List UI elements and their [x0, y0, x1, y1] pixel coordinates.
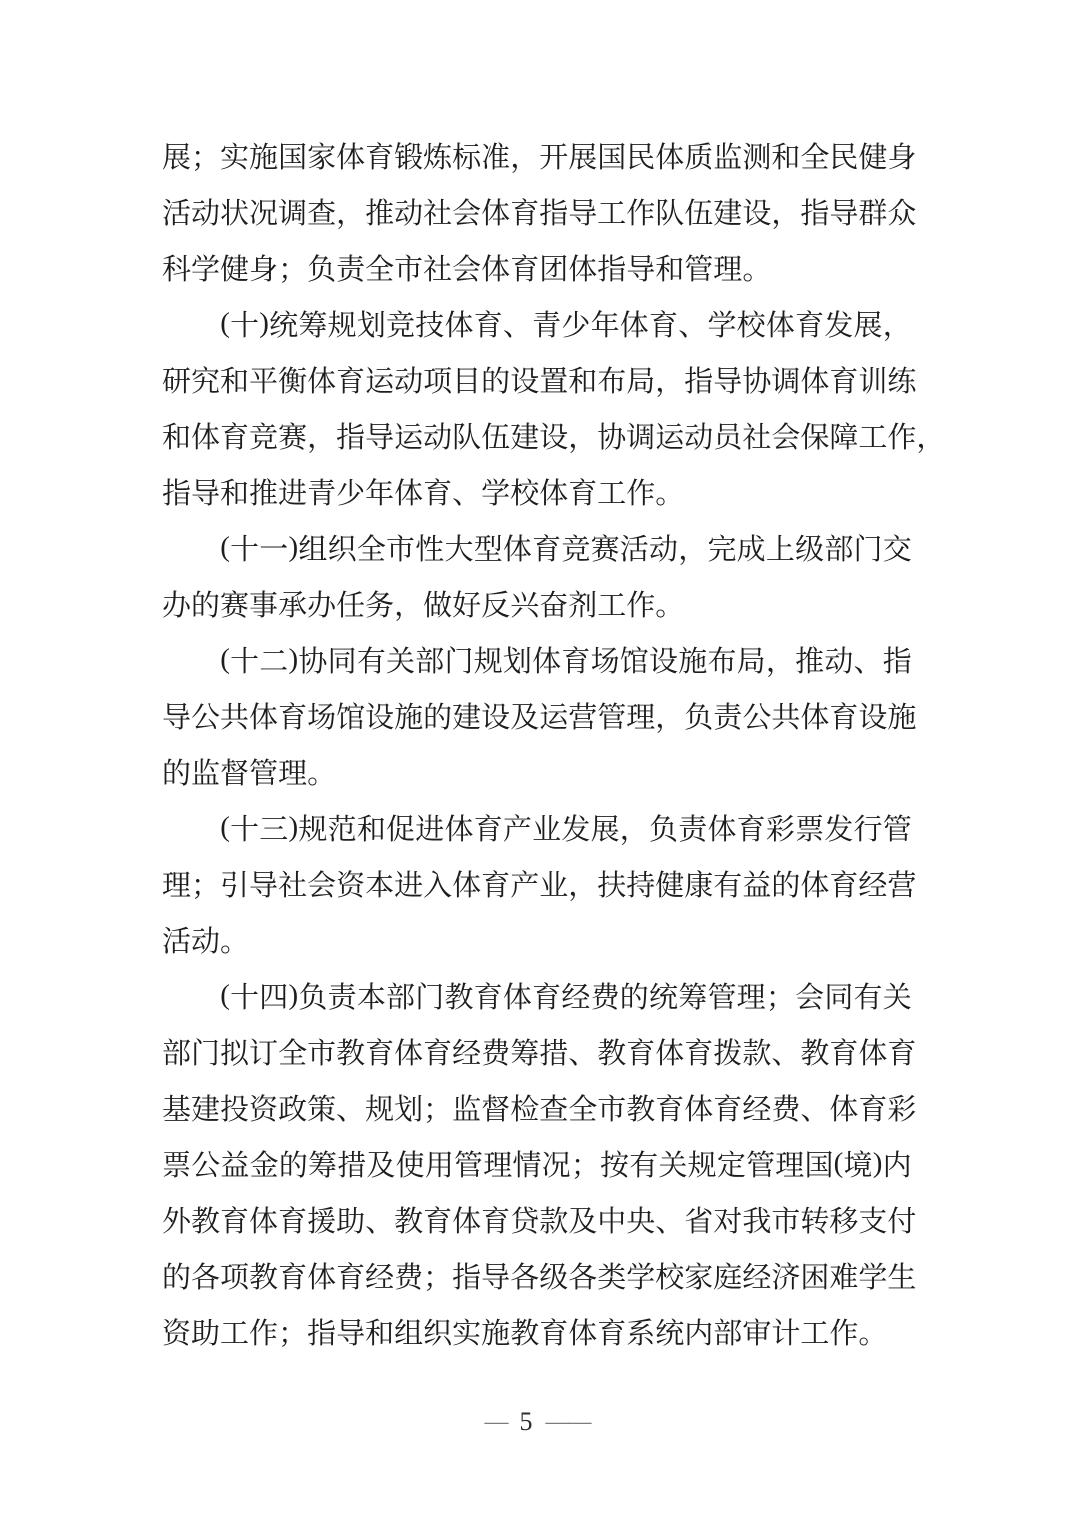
text-line: (十二)协同有关部门规划体育场馆设施布局，推动、指: [162, 631, 912, 687]
text-line: 和体育竞赛，指导运动队伍建设，协调运动员社会保障工作，: [162, 407, 912, 463]
text-line: 部门拟订全市教育体育经费筹措、教育体育拨款、教育体育: [162, 1023, 912, 1079]
footer-left-dash: —: [485, 1405, 507, 1439]
text-line: 展；实施国家体育锻炼标准，开展国民体质监测和全民健身: [162, 127, 912, 183]
text-line: 的各项教育体育经费；指导各级各类学校家庭经济困难学生: [162, 1247, 912, 1303]
paragraph: (十二)协同有关部门规划体育场馆设施布局，推动、指导公共体育场馆设施的建设及运营…: [162, 631, 912, 799]
paragraph: 展；实施国家体育锻炼标准，开展国民体质监测和全民健身活动状况调查，推动社会体育指…: [162, 127, 912, 295]
text-line: 导公共体育场馆设施的建设及运营管理，负责公共体育设施: [162, 687, 912, 743]
text-line: 的监督管理。: [162, 743, 912, 799]
text-line: 票公益金的筹措及使用管理情况；按有关规定管理国(境)内: [162, 1135, 912, 1191]
text-line: 研究和平衡体育运动项目的设置和布局，指导协调体育训练: [162, 351, 912, 407]
text-line: 科学健身；负责全市社会体育团体指导和管理。: [162, 239, 912, 295]
text-line: 基建投资政策、规划；监督检查全市教育体育经费、体育彩: [162, 1079, 912, 1135]
text-line: (十)统筹规划竞技体育、青少年体育、学校体育发展，: [162, 295, 912, 351]
text-line: 外教育体育援助、教育体育贷款及中央、省对我市转移支付: [162, 1191, 912, 1247]
paragraph: (十一)组织全市性大型体育竞赛活动，完成上级部门交办的赛事承办任务，做好反兴奋剂…: [162, 519, 912, 631]
text-line: 办的赛事承办任务，做好反兴奋剂工作。: [162, 575, 912, 631]
text-line: 理；引导社会资本进入体育产业，扶持健康有益的体育经营: [162, 855, 912, 911]
paragraph: (十三)规范和促进体育产业发展，负责体育彩票发行管理；引导社会资本进入体育产业，…: [162, 799, 912, 967]
text-line: (十一)组织全市性大型体育竞赛活动，完成上级部门交: [162, 519, 912, 575]
text-line: (十四)负责本部门教育体育经费的统筹管理；会同有关: [162, 967, 912, 1023]
paragraph: (十)统筹规划竞技体育、青少年体育、学校体育发展，研究和平衡体育运动项目的设置和…: [162, 295, 912, 519]
paragraph: (十四)负责本部门教育体育经费的统筹管理；会同有关部门拟订全市教育体育经费筹措、…: [162, 967, 912, 1359]
text-line: 资助工作；指导和组织实施教育体育系统内部审计工作。: [162, 1303, 912, 1359]
text-line: (十三)规范和促进体育产业发展，负责体育彩票发行管: [162, 799, 912, 855]
document-body: 展；实施国家体育锻炼标准，开展国民体质监测和全民健身活动状况调查，推动社会体育指…: [162, 127, 912, 1359]
document-page: 展；实施国家体育锻炼标准，开展国民体质监测和全民健身活动状况调查，推动社会体育指…: [0, 0, 1074, 1520]
text-line: 活动状况调查，推动社会体育指导工作队伍建设，指导群众: [162, 183, 912, 239]
page-number: 5: [520, 1405, 533, 1439]
page-footer: — 5 ——: [0, 1405, 1074, 1439]
text-line: 指导和推进青少年体育、学校体育工作。: [162, 463, 912, 519]
text-line: 活动。: [162, 911, 912, 967]
footer-right-dash: ——: [546, 1405, 590, 1439]
